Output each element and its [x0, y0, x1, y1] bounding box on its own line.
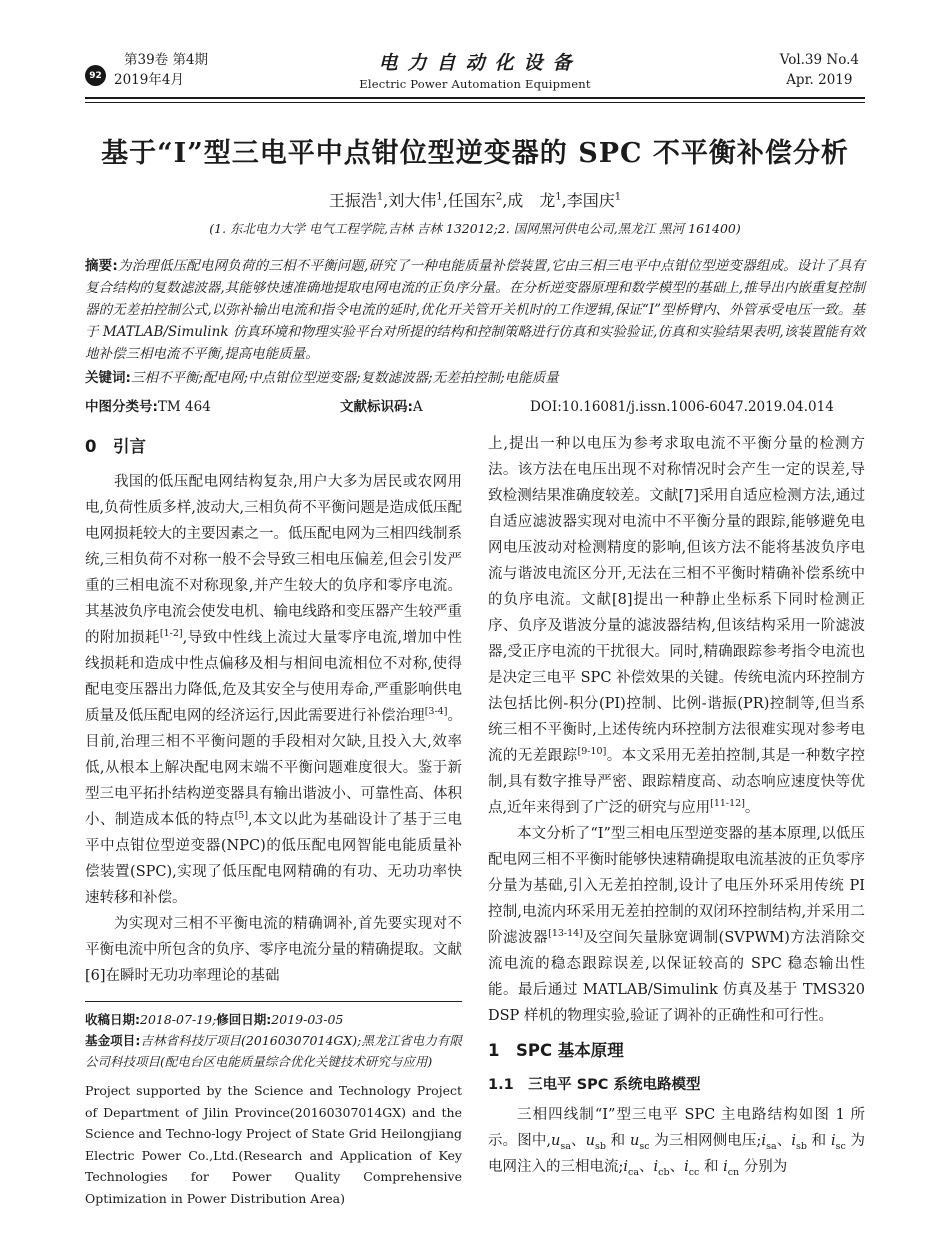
author-line: 王振浩1,刘大伟1,任国东2,成 龙1,李国庆1	[85, 188, 865, 211]
intro-paragraph-2: 为实现对三相不平衡电流的精确调补,首先要实现对不平衡电流中所包含的负序、零序电流…	[85, 911, 462, 989]
document-code-label: 文献标识码:	[340, 399, 413, 415]
volume-issue-en: Vol.39 No.4	[780, 50, 859, 70]
journal-title-block: 电力自动化设备 Electric Power Automation Equipm…	[359, 48, 590, 91]
clc-value: TM 464	[158, 399, 211, 415]
body-columns: 0 引言 我国的低压配电网结构复杂,用户大多为居民或农网用电,负荷性质多样,波动…	[85, 431, 865, 1209]
circuit-model-paragraph: 三相四线制“I”型三电平 SPC 主电路结构如图 1 所示。图中,usa、usb…	[488, 1102, 865, 1180]
journal-header: 92 第39卷 第4期 2019年4月 电力自动化设备 Electric Pow…	[85, 48, 865, 91]
journal-title-en: Electric Power Automation Equipment	[359, 77, 590, 91]
article-title: 基于“I”型三电平中点钳位型逆变器的 SPC 不平衡补偿分析	[85, 131, 865, 170]
abstract-label: 摘要:	[85, 258, 118, 274]
affiliation-line: (1. 东北电力大学 电气工程学院,吉林 吉林 132012;2. 国网黑河供电…	[85, 219, 865, 237]
keywords-line: 关键词:三相不平衡;配电网;中点钳位型逆变器;复数滤波器;无差拍控制;电能质量	[85, 367, 865, 389]
document-code: 文献标识码:A	[340, 395, 530, 415]
journal-issue-cn: 第39卷 第4期 2019年4月	[114, 50, 208, 90]
funding-en: Project supported by the Science and Tec…	[85, 1080, 462, 1209]
clc-label: 中图分类号:	[85, 399, 158, 415]
classification-line: 中图分类号:TM 464 文献标识码:A DOI:10.16081/j.issn…	[85, 395, 865, 415]
funding-cn: 基金项目:吉林省科技厅项目(20160307014GX);黑龙江省电力有限公司科…	[85, 1030, 462, 1072]
abstract-block: 摘要:为治理低压配电网负荷的三相不平衡问题,研究了一种电能质量补偿装置,它由三相…	[85, 255, 865, 365]
journal-issue-block: 92 第39卷 第4期 2019年4月	[85, 50, 359, 90]
keywords-text: 三相不平衡;配电网;中点钳位型逆变器;复数滤波器;无差拍控制;电能质量	[131, 370, 559, 386]
footnote-block: 收稿日期:2018-07-19;修回日期:2019-03-05 基金项目:吉林省…	[85, 1001, 462, 1209]
section-1-1-heading: 1.1 三电平 SPC 系统电路模型	[488, 1073, 865, 1094]
doi-text: DOI:10.16081/j.issn.1006-6047.2019.04.01…	[530, 399, 834, 415]
clc-number: 中图分类号:TM 464	[85, 395, 340, 415]
left-column: 0 引言 我国的低压配电网结构复杂,用户大多为居民或农网用电,负荷性质多样,波动…	[85, 431, 462, 1209]
document-code-value: A	[413, 399, 423, 415]
date-en: Apr. 2019	[780, 70, 859, 90]
journal-seal-icon: 92	[85, 65, 106, 86]
journal-title-cn: 电力自动化设备	[359, 48, 590, 75]
paper-page: 92 第39卷 第4期 2019年4月 电力自动化设备 Electric Pow…	[0, 0, 950, 1258]
section-1-heading: 1 SPC 基本原理	[488, 1037, 865, 1061]
body-paragraph-continuation: 上,提出一种以电压为参考求取电流不平衡分量的检测方法。该方法在电压出现不对称情况…	[488, 431, 865, 821]
date-cn: 2019年4月	[114, 70, 208, 90]
header-double-rule	[85, 97, 865, 103]
abstract-text: 为治理低压配电网负荷的三相不平衡问题,研究了一种电能质量补偿装置,它由三相三电平…	[85, 258, 865, 362]
section-0-heading: 0 引言	[85, 433, 462, 457]
volume-issue-cn: 第39卷 第4期	[114, 50, 208, 70]
journal-issue-en: Vol.39 No.4 Apr. 2019	[780, 50, 865, 90]
right-column: 上,提出一种以电压为参考求取电流不平衡分量的检测方法。该方法在电压出现不对称情况…	[488, 431, 865, 1209]
received-dates: 收稿日期:2018-07-19;修回日期:2019-03-05	[85, 1009, 462, 1030]
intro-paragraph-1: 我国的低压配电网结构复杂,用户大多为居民或农网用电,负荷性质多样,波动大,三相负…	[85, 469, 462, 911]
keywords-label: 关键词:	[85, 370, 131, 386]
body-paragraph-overview: 本文分析了“I”型三相电压型逆变器的基本原理,以低压配电网三相不平衡时能够快速精…	[488, 821, 865, 1029]
